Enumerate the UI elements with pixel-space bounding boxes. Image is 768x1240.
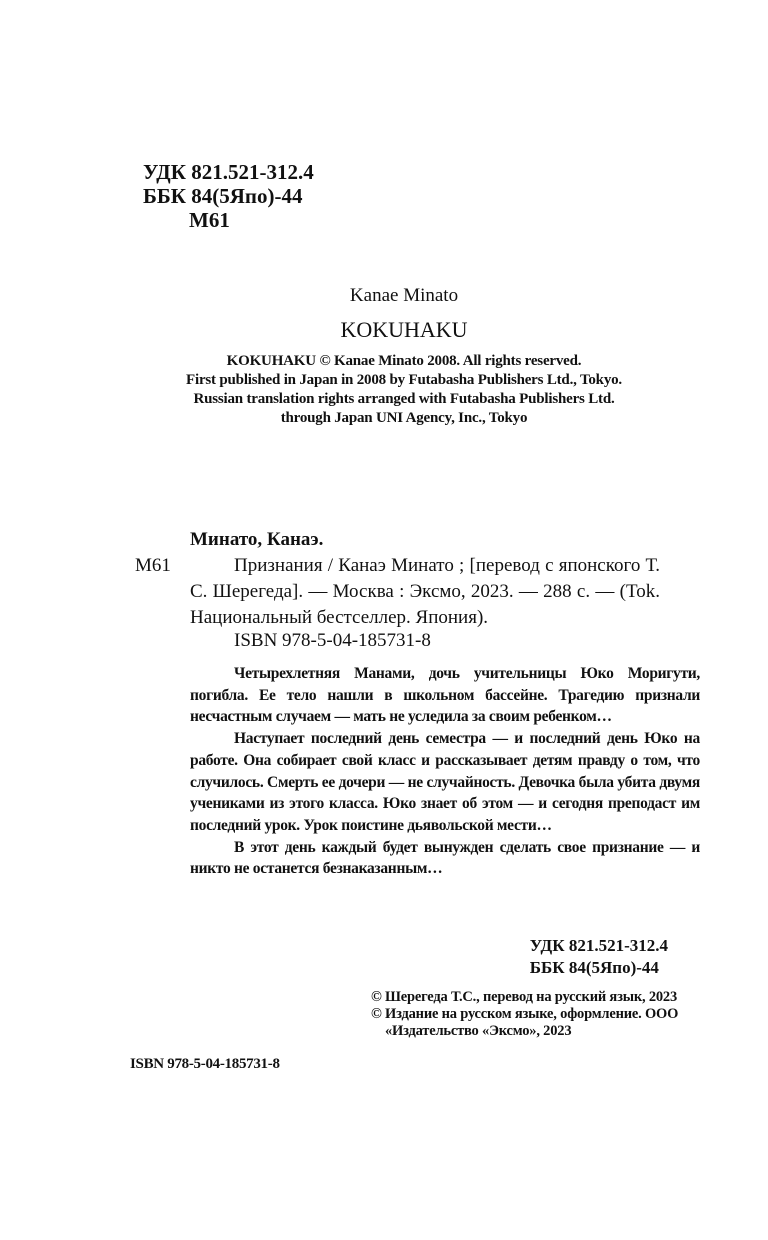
annotation: Четырехлетняя Манами, дочь учительницы Ю… <box>190 663 700 880</box>
annotation-paragraph: В этот день каждый будет вынужден сделат… <box>190 837 700 880</box>
rights-line: through Japan UNI Agency, Inc., Tokyo <box>0 409 768 428</box>
bottom-isbn: ISBN 978-5-04-185731-8 <box>130 1056 280 1073</box>
udk-code: УДК 821.521-312.4 <box>143 160 314 184</box>
udk-code: УДК 821.521-312.4 <box>530 935 668 957</box>
copyrights: © Шерегеда Т.С., перевод на русский язык… <box>371 989 691 1040</box>
card-heading: Минато, Канаэ. <box>190 529 323 551</box>
copyright-translation: © Шерегеда Т.С., перевод на русский язык… <box>371 989 691 1006</box>
classification-bottom: УДК 821.521-312.4 ББК 84(5Япо)-44 <box>530 935 668 979</box>
classification-top: УДК 821.521-312.4 ББК 84(5Япо)-44 М61 <box>143 160 314 232</box>
copyright-edition: © Издание на русском языке, оформление. … <box>371 1006 691 1040</box>
bbk-code: ББК 84(5Япо)-44 <box>530 957 668 979</box>
original-author: Kanae Minato <box>0 285 768 307</box>
original-title: KOKUHAKU <box>0 317 768 343</box>
rights-line: Russian translation rights arranged with… <box>0 390 768 409</box>
rights-line: KOKUHAKU © Kanae Minato 2008. All rights… <box>0 352 768 371</box>
card-isbn: ISBN 978-5-04-185731-8 <box>234 630 431 652</box>
card-author-mark: М61 <box>135 555 171 577</box>
bbk-code: ББК 84(5Япо)-44 <box>143 184 314 208</box>
annotation-paragraph: Четырехлетняя Манами, дочь учительницы Ю… <box>190 663 700 728</box>
original-rights: KOKUHAKU © Kanae Minato 2008. All rights… <box>0 352 768 428</box>
annotation-paragraph: Наступает последний день семестра — и по… <box>190 728 700 837</box>
card-description: Признания / Канаэ Минато ; [перевод с яп… <box>190 553 660 631</box>
rights-line: First published in Japan in 2008 by Futa… <box>0 371 768 390</box>
author-mark: М61 <box>143 208 314 232</box>
card-description-text: Признания / Канаэ Минато ; [перевод с яп… <box>190 553 660 631</box>
